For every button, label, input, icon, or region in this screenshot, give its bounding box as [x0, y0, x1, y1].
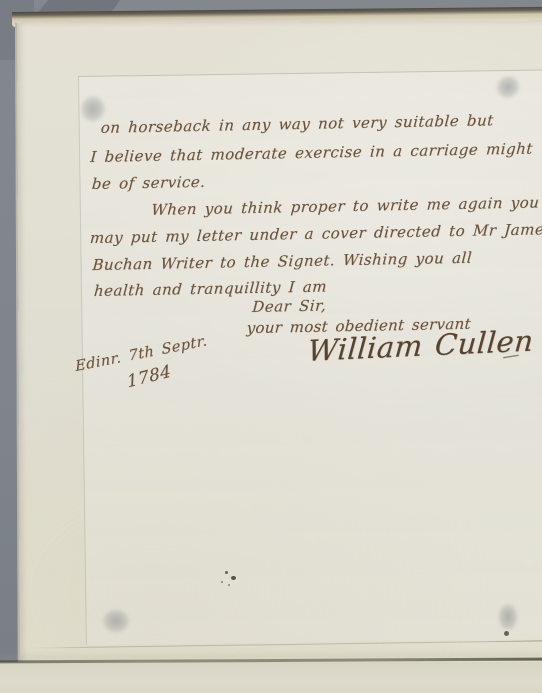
letter-body-line: on horseback in any way not very suitabl…	[100, 110, 494, 138]
signature: William Cullen	[307, 331, 534, 361]
letter-body-line: may put my letter under a cover directed…	[89, 219, 542, 248]
signature-flourish: —	[501, 345, 521, 368]
letter-body-line: Buchan Writer to the Signet. Wishing you…	[92, 248, 473, 275]
handwritten-letter-text: on horseback in any way not very suitabl…	[0, 0, 542, 693]
letter-salutation: Dear Sir,	[252, 295, 328, 316]
letter-body-line: When you think proper to write me again …	[151, 192, 540, 219]
scanned-letter-page: on horseback in any way not very suitabl…	[0, 0, 542, 693]
letter-body-line: I believe that moderate exercise in a ca…	[90, 138, 534, 167]
letter-body-line: be of service.	[91, 172, 206, 194]
dateline-year: 1784	[126, 361, 173, 392]
